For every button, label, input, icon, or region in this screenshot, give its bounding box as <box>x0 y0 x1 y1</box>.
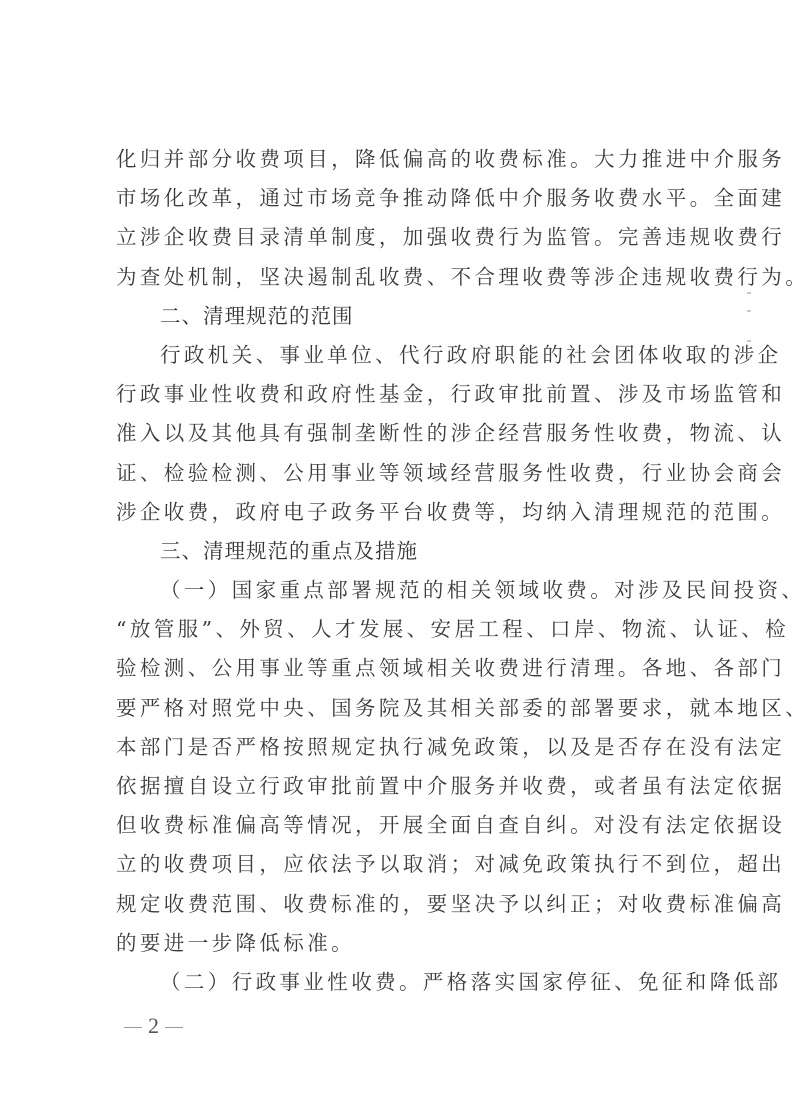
section-heading-measures: 三、清理规范的重点及措施 <box>116 532 686 571</box>
page-number: 2 <box>118 1013 189 1039</box>
text-line: 规定收费范围、收费标准的，要坚决予以纠正；对收费标准偏高 <box>116 885 686 924</box>
text-line: 要严格对照党中央、国务院及其相关部委的部署要求，就本地区、 <box>116 689 686 728</box>
scan-mark <box>747 357 751 359</box>
scan-mark <box>747 292 751 294</box>
scan-mark <box>747 795 751 797</box>
dash-right <box>165 1027 183 1028</box>
text-line: 本部门是否严格按照规定执行减免政策，以及是否存在没有法定 <box>116 728 686 767</box>
scan-mark <box>747 340 751 342</box>
text-line: 准入以及其他具有强制垄断性的涉企经营服务性收费，物流、认 <box>116 414 686 453</box>
text-line: 但收费标准偏高等情况，开展全面自查自纠。对没有法定依据设 <box>116 806 686 845</box>
page-number-value: 2 <box>148 1013 159 1038</box>
text-line: 行政机关、事业单位、代行政府职能的社会团体收取的涉企 <box>116 336 686 375</box>
scan-mark <box>747 310 751 312</box>
text-line: 立的收费项目，应依法予以取消；对减免政策执行不到位，超出 <box>116 845 686 884</box>
section-heading-scope: 二、清理规范的范围 <box>116 297 686 336</box>
text-line: “放管服”、外贸、人才发展、安居工程、口岸、物流、认证、检 <box>116 610 686 649</box>
text-line: 立涉企收费目录清单制度，加强收费行为监管。完善违规收费行 <box>116 218 686 257</box>
text-line: 证、检验检测、公用事业等领域经营服务性收费，行业协会商会 <box>116 454 686 493</box>
text-line: 依据擅自设立行政审批前置中介服务并收费，或者虽有法定依据 <box>116 767 686 806</box>
text-line: （二）行政事业性收费。严格落实国家停征、免征和降低部 <box>116 963 686 1002</box>
text-line: 市场化改革，通过市场竞争推动降低中介服务收费水平。全面建 <box>116 179 686 218</box>
text-line: 行政事业性收费和政府性基金，行政审批前置、涉及市场监管和 <box>116 375 686 414</box>
dash-left <box>124 1027 142 1028</box>
document-page: 化归并部分收费项目，降低偏高的收费标准。大力推进中介服务 市场化改革，通过市场竞… <box>116 140 686 1002</box>
text-line: 验检测、公用事业等重点领域相关收费进行清理。各地、各部门 <box>116 649 686 688</box>
text-line: 化归并部分收费项目，降低偏高的收费标准。大力推进中介服务 <box>116 140 686 179</box>
text-line: 涉企收费，政府电子政务平台收费等，均纳入清理规范的范围。 <box>116 493 686 532</box>
text-line: 的要进一步降低标准。 <box>116 924 686 963</box>
text-line: （一）国家重点部署规范的相关领域收费。对涉及民间投资、 <box>116 571 686 610</box>
text-line: 为查处机制，坚决遏制乱收费、不合理收费等涉企违规收费行为。 <box>116 258 686 297</box>
